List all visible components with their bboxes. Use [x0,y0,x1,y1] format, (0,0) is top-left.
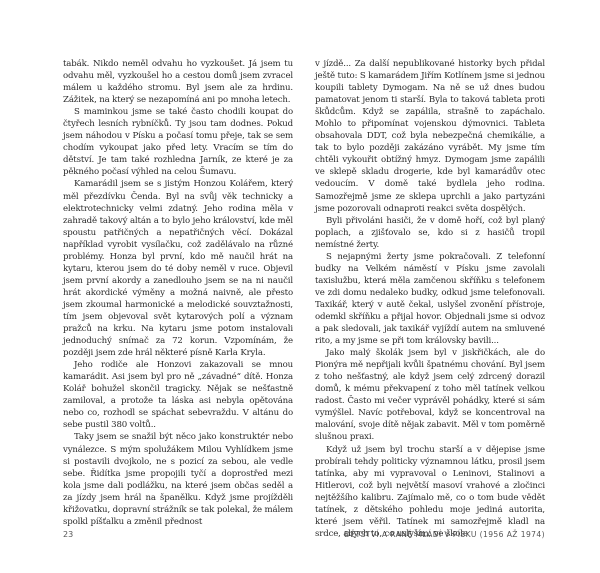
paragraph: S nejapnými žerty jsme pokračovali. Z te… [315,251,545,347]
paragraph: Jeho rodiče ale Honzovi zakazovali se mn… [63,359,293,431]
left-text-column: tabák. Nikdo neměl odvahu ho vyzkoušet. … [63,58,293,528]
paragraph: Taky jsem se snažil být něco jako konstr… [63,431,293,527]
paragraph: Jako malý školák jsem byl v jiskřičkách,… [315,347,545,443]
book-page: tabák. Nikdo neměl odvahu ho vyzkoušet. … [0,0,600,573]
paragraph: tabák. Nikdo neměl odvahu ho vyzkoušet. … [63,58,293,106]
running-footer-title: DĚTSTVÍ A RANÉ MLÁDÍ V PÍSKU (1956 AŽ 19… [344,530,545,539]
paragraph: v jízdě... Za další nepublikované histor… [315,58,545,215]
page-number: 23 [63,530,73,539]
paragraph: Byli přivoláni hasiči, že v domě hoří, c… [315,215,545,251]
paragraph: S maminkou jsme se také často chodili ko… [63,106,293,178]
right-text-column: v jízdě... Za další nepublikované histor… [315,58,545,540]
paragraph: Když už jsem byl trochu starší a v dějep… [315,444,545,540]
paragraph: Kamarádil jsem se s jistým Honzou Koláře… [63,178,293,359]
